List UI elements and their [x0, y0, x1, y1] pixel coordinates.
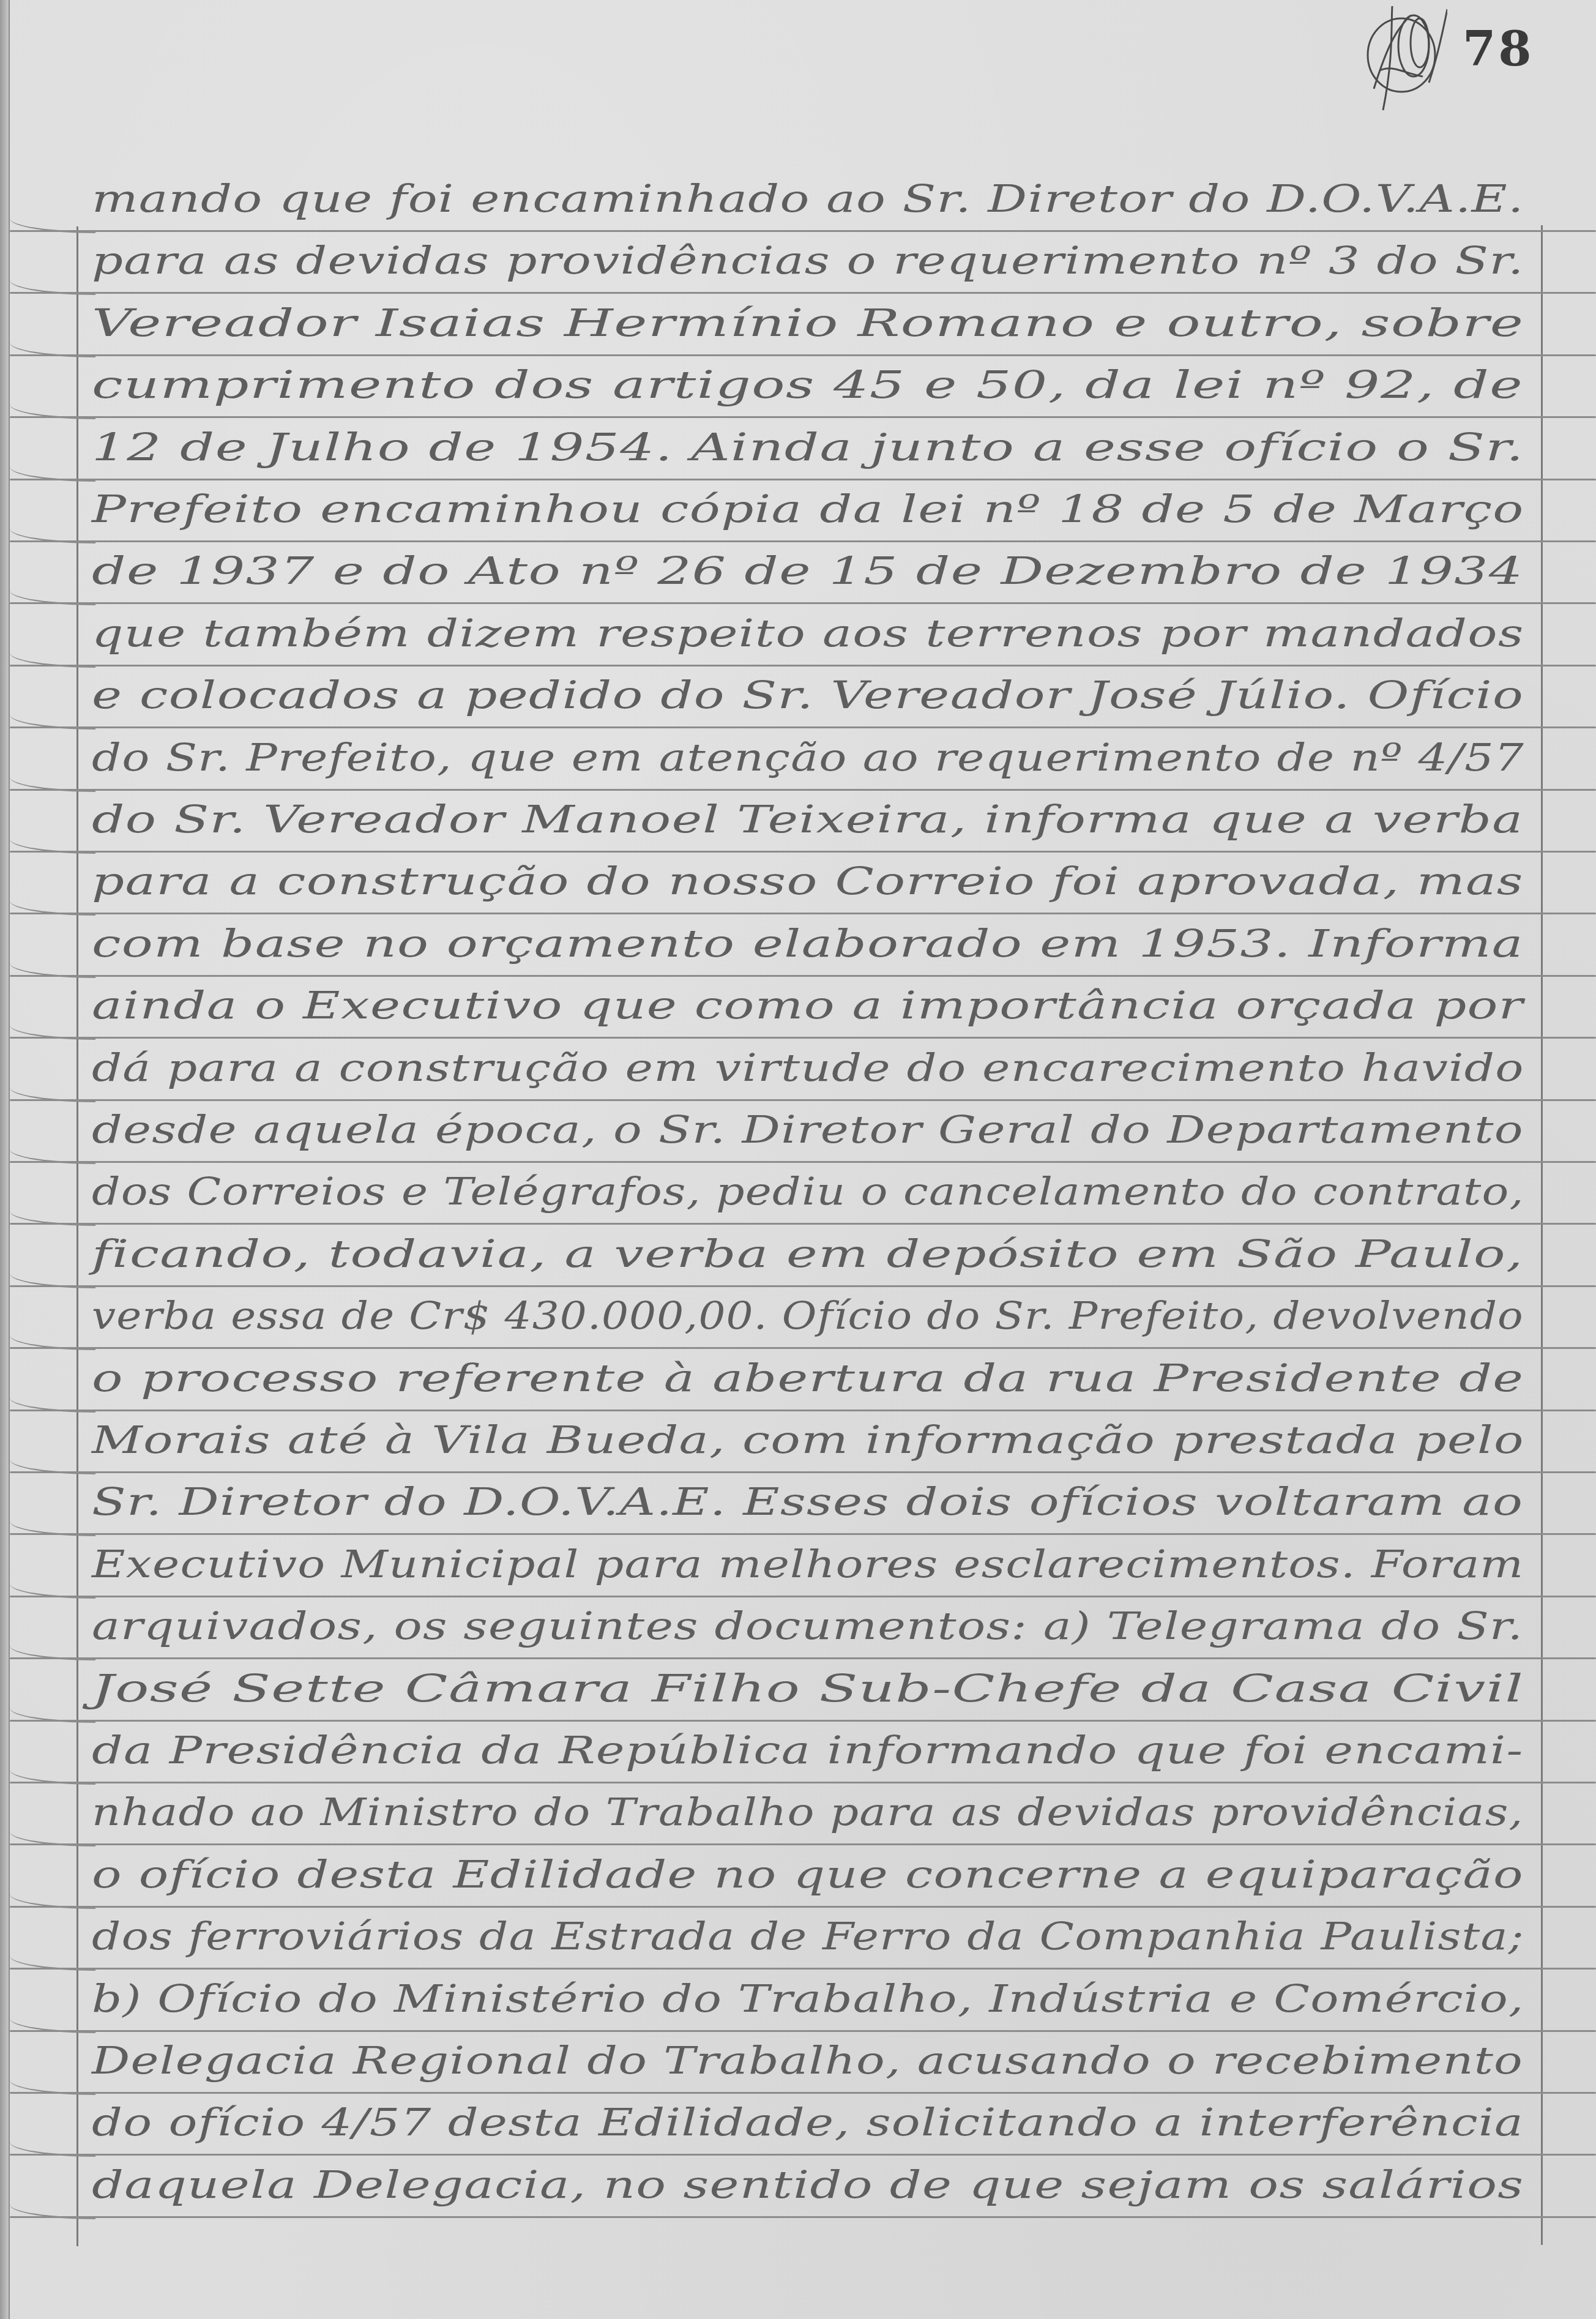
- handwritten-line-text: desde aquela época, o Sr. Diretor Geral …: [92, 1107, 1524, 1152]
- handwritten-line-text: daquela Delegacia, no sentido de que sej…: [92, 2162, 1524, 2207]
- handwritten-line-text: e colocados a pedido do Sr. Vereador Jos…: [92, 673, 1524, 717]
- handwritten-line-text: do ofício 4/57 desta Edilidade, solicita…: [92, 2100, 1524, 2145]
- handwritten-line-text: que também dizem respeito aos terrenos p…: [92, 611, 1524, 655]
- handwritten-line-text: ainda o Executivo que como a importância…: [92, 983, 1524, 1028]
- handwritten-line: arquivados, os seguintes documentos: a) …: [92, 1604, 1596, 1665]
- handwritten-line: para as devidas providências o requerime…: [92, 238, 1596, 299]
- handwritten-line: Delegacia Regional do Trabalho, acusando…: [92, 2038, 1596, 2099]
- handwritten-line: para a construção do nosso Correio foi a…: [92, 859, 1596, 920]
- handwritten-line: de 1937 e do Ato nº 26 de 15 de Dezembro…: [92, 548, 1596, 610]
- handwritten-line-text: Executivo Municipal para melhores esclar…: [92, 1542, 1524, 1586]
- handwritten-line-text: Morais até à Vila Bueda, com informação …: [92, 1417, 1524, 1462]
- handwritten-line-text: cumprimento dos artigos 45 e 50, da lei …: [92, 362, 1523, 407]
- handwritten-line: mando que foi encaminhado ao Sr. Diretor…: [92, 176, 1596, 237]
- handwritten-line: daquela Delegacia, no sentido de que sej…: [92, 2162, 1596, 2224]
- handwritten-line: do ofício 4/57 desta Edilidade, solicita…: [92, 2100, 1596, 2161]
- handwritten-line: dá para a construção em virtude do encar…: [92, 1045, 1596, 1107]
- handwritten-line: b) Ofício do Ministério do Trabalho, Ind…: [92, 1976, 1596, 2037]
- handwritten-line: nhado ao Ministro do Trabalho para as de…: [92, 1790, 1596, 1851]
- handwritten-line: do Sr. Vereador Manoel Teixeira, informa…: [92, 797, 1596, 858]
- handwritten-line-text: Vereador Isaias Hermínio Romano e outro,…: [92, 301, 1524, 345]
- handwritten-line-text: Delegacia Regional do Trabalho, acusando…: [92, 2038, 1523, 2083]
- handwritten-line: com base no orçamento elaborado em 1953.…: [92, 921, 1596, 982]
- handwritten-line: ficando, todavia, a verba em depósito em…: [92, 1231, 1596, 1293]
- handwritten-line-text: mando que foi encaminhado ao Sr. Diretor…: [92, 176, 1524, 221]
- handwritten-line-text: dos ferroviários da Estrada de Ferro da …: [92, 1914, 1524, 1959]
- handwritten-line-text: com base no orçamento elaborado em 1953.…: [92, 921, 1524, 966]
- ledger-page: 78 mando que foi encaminhado ao Sr. Dire…: [0, 0, 1596, 2319]
- handwritten-line: Morais até à Vila Bueda, com informação …: [92, 1417, 1596, 1479]
- handwritten-line-text: da Presidência da República informando q…: [92, 1728, 1524, 1772]
- handwritten-line: cumprimento dos artigos 45 e 50, da lei …: [92, 362, 1596, 424]
- handwritten-line-text: para a construção do nosso Correio foi a…: [92, 859, 1524, 903]
- signature-stamp-icon: [1355, 3, 1447, 113]
- handwritten-line-text: José Sette Câmara Filho Sub-Chefe da Cas…: [92, 1666, 1524, 1711]
- handwritten-line-text: o ofício desta Edilidade no que concerne…: [92, 1852, 1524, 1897]
- handwritten-line-text: verba essa de Cr$ 430.000,00. Ofício do …: [92, 1293, 1524, 1338]
- handwritten-line: da Presidência da República informando q…: [92, 1728, 1596, 1789]
- handwritten-line-text: Sr. Diretor do D.O.V.A.E. Esses dois ofí…: [92, 1479, 1523, 1524]
- handwritten-line-text: b) Ofício do Ministério do Trabalho, Ind…: [92, 1976, 1524, 2021]
- handwritten-line-text: ficando, todavia, a verba em depósito em…: [92, 1231, 1524, 1276]
- page-binding-edge: [0, 0, 9, 2319]
- handwritten-line-text: de 1937 e do Ato nº 26 de 15 de Dezembro…: [92, 548, 1523, 593]
- handwritten-line: dos Correios e Telégrafos, pediu o cance…: [92, 1169, 1596, 1230]
- handwritten-line-text: dá para a construção em virtude do encar…: [92, 1045, 1524, 1090]
- handwritten-line-text: para as devidas providências o requerime…: [92, 238, 1524, 283]
- handwritten-line-text: nhado ao Ministro do Trabalho para as de…: [92, 1790, 1524, 1834]
- handwritten-line: Sr. Diretor do D.O.V.A.E. Esses dois ofí…: [92, 1479, 1596, 1540]
- handwritten-line: dos ferroviários da Estrada de Ferro da …: [92, 1914, 1596, 1975]
- handwritten-line: verba essa de Cr$ 430.000,00. Ofício do …: [92, 1293, 1596, 1354]
- page-number: 78: [1463, 21, 1534, 77]
- handwritten-line: ainda o Executivo que como a importância…: [92, 983, 1596, 1044]
- handwritten-line: Vereador Isaias Hermínio Romano e outro,…: [92, 301, 1596, 362]
- page-edge-line: [9, 0, 10, 2319]
- handwritten-line-text: dos Correios e Telégrafos, pediu o cance…: [92, 1169, 1524, 1214]
- handwritten-line-text: 12 de Julho de 1954. Ainda junto a esse …: [92, 425, 1524, 469]
- handwritten-line: o processo referente à abertura da rua P…: [92, 1356, 1596, 1417]
- handwritten-line: e colocados a pedido do Sr. Vereador Jos…: [92, 673, 1596, 734]
- handwritten-line: desde aquela época, o Sr. Diretor Geral …: [92, 1107, 1596, 1168]
- handwritten-line-text: Prefeito encaminhou cópia da lei nº 18 d…: [92, 487, 1524, 531]
- handwritten-line: Executivo Municipal para melhores esclar…: [92, 1542, 1596, 1603]
- handwritten-line: do Sr. Prefeito, que em atenção ao reque…: [92, 735, 1596, 796]
- handwritten-line: Prefeito encaminhou cópia da lei nº 18 d…: [92, 487, 1596, 548]
- handwritten-line-text: do Sr. Prefeito, que em atenção ao reque…: [92, 735, 1524, 780]
- handwritten-line: que também dizem respeito aos terrenos p…: [92, 611, 1596, 672]
- handwritten-line: José Sette Câmara Filho Sub-Chefe da Cas…: [92, 1666, 1596, 1727]
- handwritten-line: 12 de Julho de 1954. Ainda junto a esse …: [92, 425, 1596, 486]
- handwritten-line-text: o processo referente à abertura da rua P…: [92, 1356, 1524, 1400]
- handwritten-line: o ofício desta Edilidade no que concerne…: [92, 1852, 1596, 1913]
- handwritten-line-text: do Sr. Vereador Manoel Teixeira, informa…: [92, 797, 1523, 842]
- handwritten-line-text: arquivados, os seguintes documentos: a) …: [92, 1604, 1523, 1648]
